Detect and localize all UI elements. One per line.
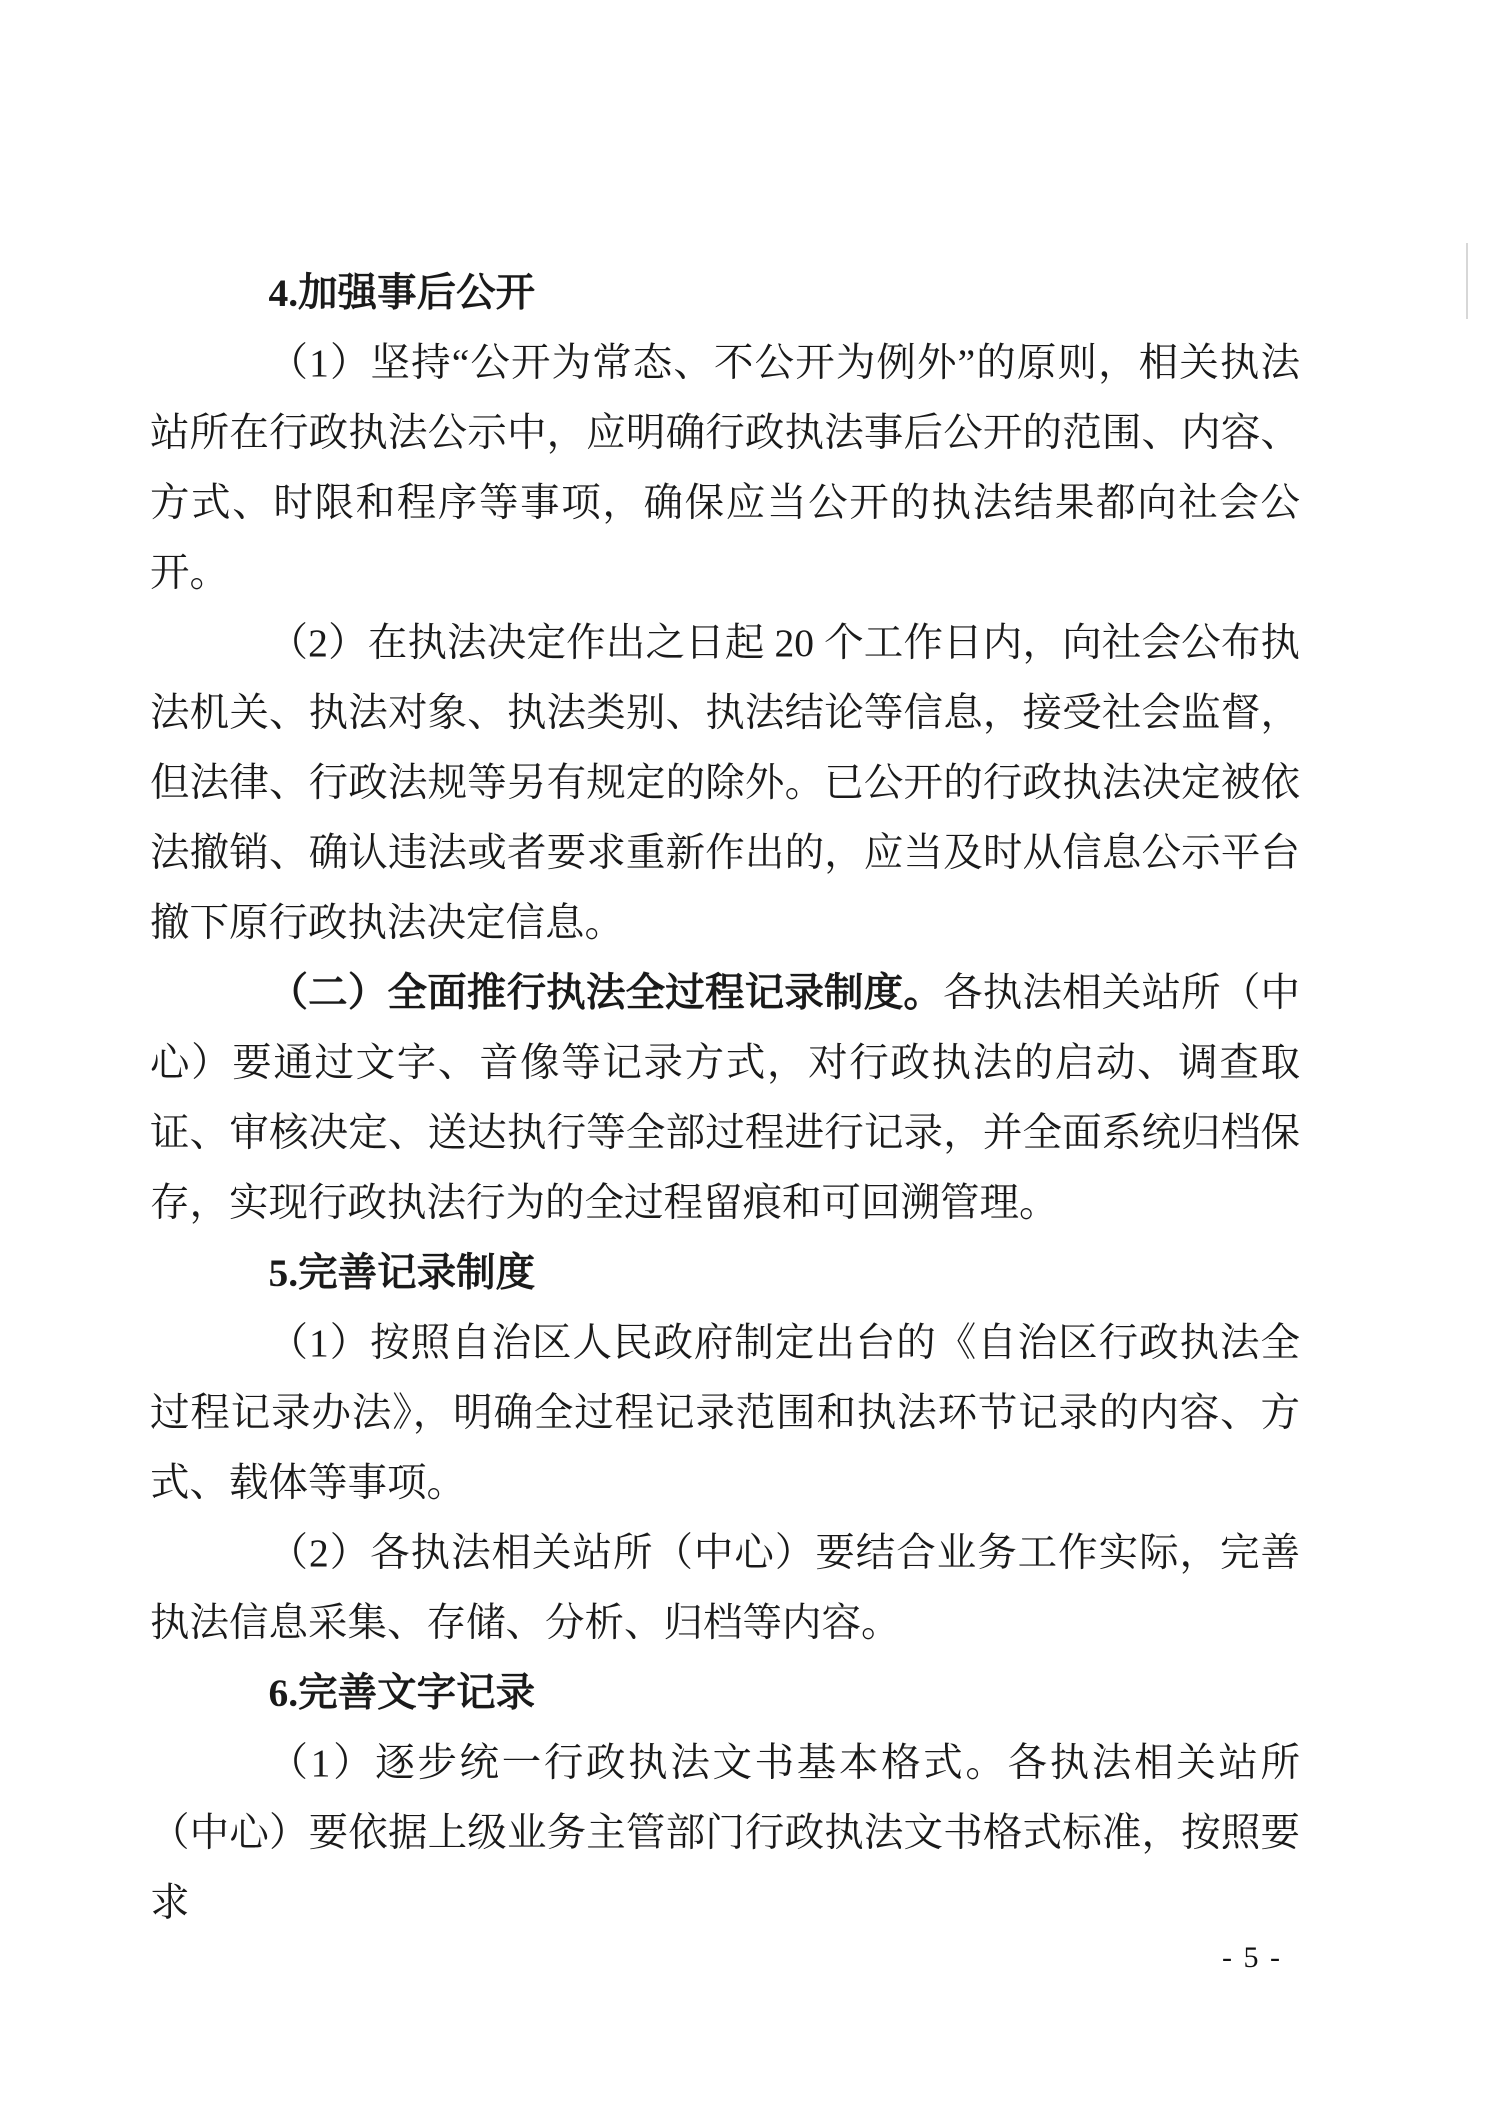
section-heading-6: 6.完善文字记录 bbox=[150, 1658, 1300, 1728]
paragraph-section-2: （二）全面推行执法全过程记录制度。各执法相关站所（中心）要通过文字、音像等记录方… bbox=[150, 958, 1300, 1238]
paragraph-5-2: （2）各执法相关站所（中心）要结合业务工作实际，完善执法信息采集、存储、分析、归… bbox=[150, 1518, 1300, 1658]
scan-edge-artifact bbox=[1466, 243, 1468, 319]
paragraph-section-2-lead: （二）全面推行执法全过程记录制度。 bbox=[269, 971, 944, 1015]
paragraph-5-1: （1）按照自治区人民政府制定出台的《自治区行政执法全过程记录办法》，明确全过程记… bbox=[150, 1308, 1300, 1518]
paragraph-4-1: （1）坚持“公开为常态、不公开为例外”的原则，相关执法站所在行政执法公示中，应明… bbox=[150, 328, 1300, 608]
paragraph-4-2: （2）在执法决定作出之日起 20 个工作日内，向社会公布执法机关、执法对象、执法… bbox=[150, 608, 1300, 958]
document-text-block: 4.加强事后公开 （1）坚持“公开为常态、不公开为例外”的原则，相关执法站所在行… bbox=[150, 258, 1300, 1938]
page-number: - 5 - bbox=[1222, 1938, 1282, 1978]
section-heading-5: 5.完善记录制度 bbox=[150, 1238, 1300, 1308]
section-heading-4: 4.加强事后公开 bbox=[150, 258, 1300, 328]
document-page: { "document": { "paragraphs": [ { "style… bbox=[0, 0, 1487, 2102]
paragraph-6-1: （1）逐步统一行政执法文书基本格式。各执法相关站所（中心）要依据上级业务主管部门… bbox=[150, 1728, 1300, 1938]
